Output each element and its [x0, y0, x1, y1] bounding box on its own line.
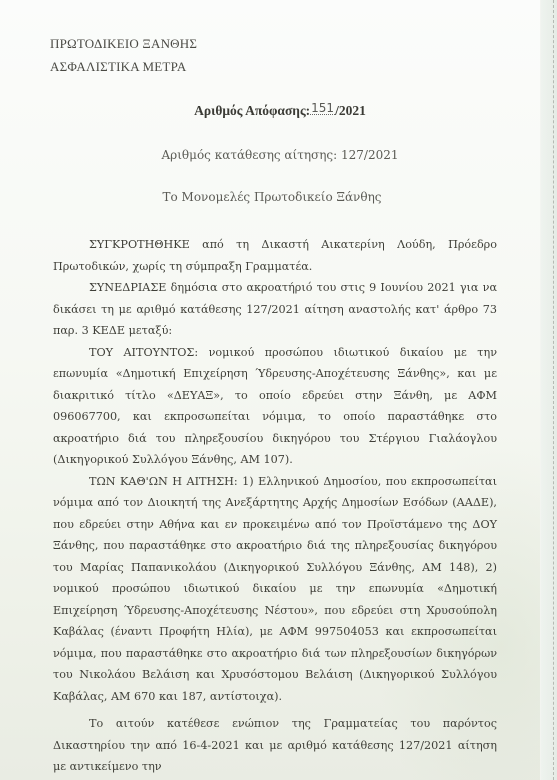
court-title: Το Μονομελές Πρωτοδικείο Ξάνθης	[12, 190, 532, 204]
paragraph-filing: Το αιτούν κατέθεσε ενώπιον της Γραμματεί…	[53, 713, 497, 778]
section-header: ΑΣΦΑΛΙΣΤΙΚΑ ΜΕΤΡΑ	[50, 59, 186, 75]
page-edge-perforation	[540, 0, 557, 780]
paragraph-session: ΣΥΝΕΔΡΙΑΣΕ δημόσια στο ακροατήριό του στ…	[53, 277, 497, 342]
court-header: ΠΡΩΤΟΔΙΚΕΙΟ ΞΑΝΘΗΣ	[50, 36, 197, 52]
handwritten-decision-number: 151	[310, 102, 335, 115]
paragraph-respondents: ΤΩΝ ΚΑΘ'ΩΝ Η ΑΙΤΗΣΗ: 1) Ελληνικού Δημοσί…	[53, 471, 497, 708]
paragraph-composition: ΣΥΓΚΡΟΤΗΘΗΚΕ από τη Δικαστή Αικατερίνη Λ…	[53, 234, 497, 277]
paragraph-applicant: ΤΟΥ ΑΙΤΟΥΝΤΟΣ: νομικού προσώπου ιδιωτικο…	[53, 342, 497, 471]
document-body: ΣΥΓΚΡΟΤΗΘΗΚΕ από τη Δικαστή Αικατερίνη Λ…	[53, 234, 497, 778]
filing-number-line: Αριθμός κατάθεσης αίτησης: 127/2021	[20, 148, 540, 162]
decision-number-line: Αριθμός Απόφασης:151/2021	[20, 103, 540, 119]
decision-year: /2021	[335, 103, 366, 118]
decision-label: Αριθμός Απόφασης:	[194, 103, 310, 118]
